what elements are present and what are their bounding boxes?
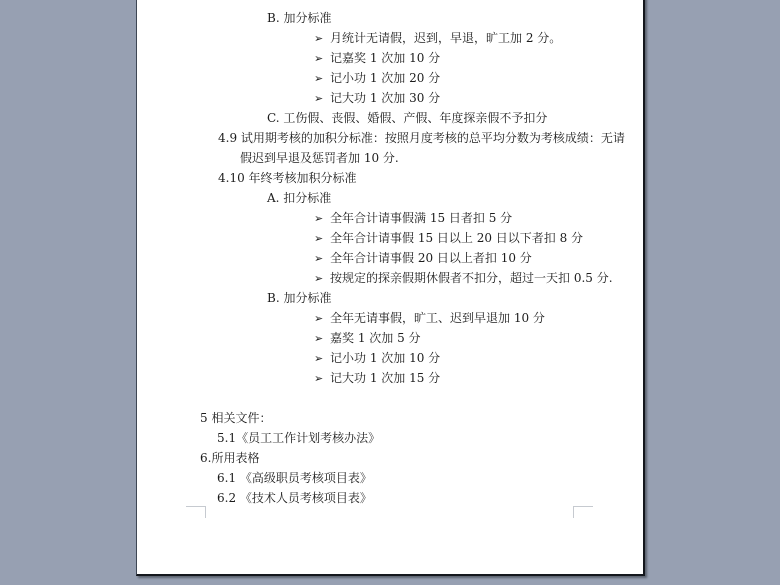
doc-line: 假迟到早退及惩罚者加 10 分. bbox=[137, 148, 643, 168]
bullet-arrow-icon: ➢ bbox=[314, 29, 330, 49]
doc-line: B. 加分标准 bbox=[137, 288, 643, 308]
canvas-background: { "window": { "background_color": "#97A0… bbox=[0, 0, 780, 585]
doc-line: 5.1《员工工作计划考核办法》 bbox=[137, 428, 643, 448]
doc-line: B. 加分标准 bbox=[137, 8, 643, 28]
doc-line: 6.所用表格 bbox=[137, 448, 643, 468]
doc-bullet-line: ➢记小功 1 次加 10 分 bbox=[137, 348, 643, 368]
doc-line-text: 全年合计请事假满 15 日者扣 5 分 bbox=[330, 211, 512, 225]
doc-line: 4.10 年终考核加积分标准 bbox=[137, 168, 643, 188]
bullet-arrow-icon: ➢ bbox=[314, 69, 330, 89]
doc-bullet-line: ➢全年合计请事假 20 日以上者扣 10 分 bbox=[137, 248, 643, 268]
bullet-arrow-icon: ➢ bbox=[314, 249, 330, 269]
bullet-arrow-icon: ➢ bbox=[314, 329, 330, 349]
doc-bullet-line: ➢嘉奖 1 次加 5 分 bbox=[137, 328, 643, 348]
doc-bullet-line: ➢全年合计请事假 15 日以上 20 日以下者扣 8 分 bbox=[137, 228, 643, 248]
doc-line-text: 嘉奖 1 次加 5 分 bbox=[330, 331, 421, 345]
document-body: B. 加分标准➢月统计无请假，迟到，早退，旷工加 2 分。➢记嘉奖 1 次加 1… bbox=[137, 0, 643, 508]
blank-line bbox=[137, 388, 643, 408]
doc-line-text: 全年无请事假，旷工、迟到早退加 10 分 bbox=[330, 311, 545, 325]
doc-line-text: 全年合计请事假 15 日以上 20 日以下者扣 8 分 bbox=[330, 231, 583, 245]
bullet-arrow-icon: ➢ bbox=[314, 209, 330, 229]
bullet-arrow-icon: ➢ bbox=[314, 269, 330, 289]
doc-line-text: 记大功 1 次加 30 分 bbox=[330, 91, 440, 105]
doc-line: 4.9 试用期考核的加积分标准：按照月度考核的总平均分数为考核成绩：无请 bbox=[137, 128, 643, 148]
doc-line: C. 工伤假、丧假、婚假、产假、年度探亲假不予扣分 bbox=[137, 108, 643, 128]
doc-bullet-line: ➢记大功 1 次加 15 分 bbox=[137, 368, 643, 388]
doc-line: 6.1 《高级职员考核项目表》 bbox=[137, 468, 643, 488]
doc-line-text: 月统计无请假，迟到，早退，旷工加 2 分。 bbox=[330, 31, 561, 45]
doc-line-text: 记小功 1 次加 10 分 bbox=[330, 351, 440, 365]
doc-line: 6.2 《技术人员考核项目表》 bbox=[137, 488, 643, 508]
bullet-arrow-icon: ➢ bbox=[314, 349, 330, 369]
doc-line-text: 记小功 1 次加 20 分 bbox=[330, 71, 440, 85]
doc-bullet-line: ➢全年合计请事假满 15 日者扣 5 分 bbox=[137, 208, 643, 228]
bullet-arrow-icon: ➢ bbox=[314, 369, 330, 389]
bullet-arrow-icon: ➢ bbox=[314, 309, 330, 329]
doc-bullet-line: ➢月统计无请假，迟到，早退，旷工加 2 分。 bbox=[137, 28, 643, 48]
doc-bullet-line: ➢按规定的探亲假期休假者不扣分，超过一天扣 0.5 分. bbox=[137, 268, 643, 288]
doc-bullet-line: ➢记小功 1 次加 20 分 bbox=[137, 68, 643, 88]
bullet-arrow-icon: ➢ bbox=[314, 229, 330, 249]
doc-line: 5 相关文件： bbox=[137, 408, 643, 428]
doc-bullet-line: ➢记大功 1 次加 30 分 bbox=[137, 88, 643, 108]
doc-line-text: 记大功 1 次加 15 分 bbox=[330, 371, 440, 385]
text-boundary-mark-left bbox=[186, 506, 206, 518]
doc-line-text: 全年合计请事假 20 日以上者扣 10 分 bbox=[330, 251, 532, 265]
doc-line-text: 按规定的探亲假期休假者不扣分，超过一天扣 0.5 分. bbox=[330, 271, 613, 285]
doc-line: A. 扣分标准 bbox=[137, 188, 643, 208]
text-boundary-mark-right bbox=[573, 506, 593, 518]
doc-bullet-line: ➢全年无请事假，旷工、迟到早退加 10 分 bbox=[137, 308, 643, 328]
doc-line-text: 记嘉奖 1 次加 10 分 bbox=[330, 51, 440, 65]
doc-bullet-line: ➢记嘉奖 1 次加 10 分 bbox=[137, 48, 643, 68]
bullet-arrow-icon: ➢ bbox=[314, 49, 330, 69]
document-page[interactable]: B. 加分标准➢月统计无请假，迟到，早退，旷工加 2 分。➢记嘉奖 1 次加 1… bbox=[136, 0, 645, 576]
bullet-arrow-icon: ➢ bbox=[314, 89, 330, 109]
